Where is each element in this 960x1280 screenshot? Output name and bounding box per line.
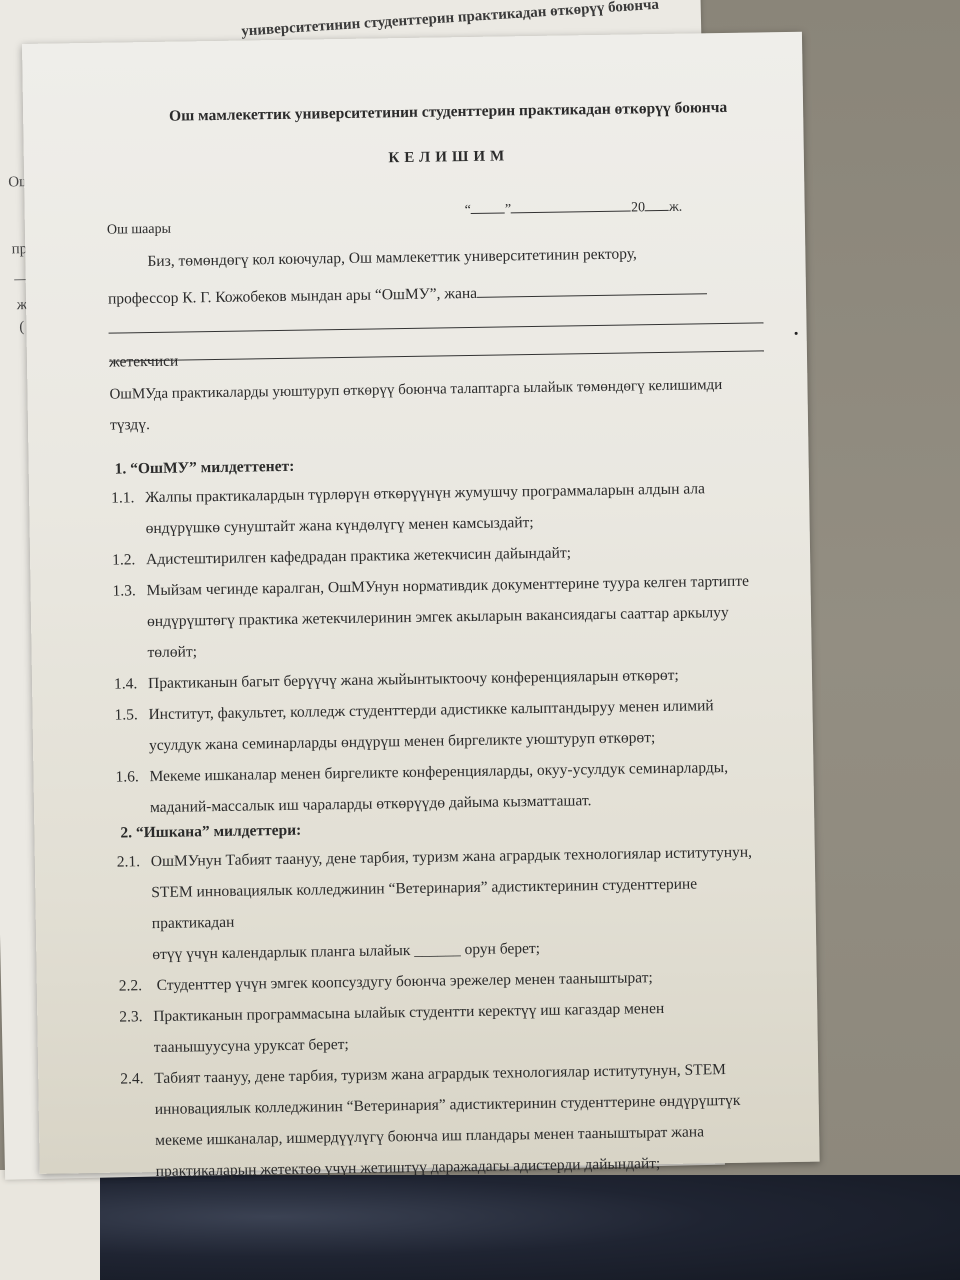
item-number: 1.6. [115, 761, 149, 793]
item-number: 1.2. [112, 544, 146, 576]
intro-line: Биз, төмөндөгү кол коючулар, Ош мамлекет… [107, 237, 762, 277]
list-item: 1.6.Мекеме ишканалар менен биргеликте ко… [115, 751, 776, 823]
month-blank [511, 196, 631, 213]
item-number: 2.1. [117, 846, 151, 878]
item-text: Табият таануу, дене тарбия, туризм жана … [154, 1061, 726, 1087]
city-label: Ош шаары [107, 222, 171, 239]
list-item: 1.3.Мыйзам чегинде каралган, ОшМУнун нор… [112, 565, 773, 668]
blank-line [109, 322, 764, 333]
company-blank [477, 279, 707, 298]
item-text: Практиканын багыт берүүчү жана жыйынтыкт… [148, 667, 679, 692]
document-heading: Ош мамлекеттик университетинин студентте… [138, 98, 758, 126]
item-number: 1.5. [114, 699, 148, 731]
section-heading: 1. “ОшМУ” милдеттенет: [115, 458, 295, 479]
item-text: Мекеме ишканалар менен биргеликте конфер… [149, 759, 728, 785]
year-blank [645, 196, 669, 211]
agreement-document: Ош мамлекеттик университетинин студентте… [22, 32, 820, 1174]
document-title: КЕЛИШИМ [139, 144, 759, 171]
list-item: 2.3.Практиканын программасына ылайык сту… [119, 991, 780, 1063]
year-suffix: ж. [669, 200, 682, 215]
back-fragment: ( [19, 319, 24, 336]
item-text: Адистештирилген кафедрадан практика жете… [146, 544, 571, 568]
item-text: Студенттер үчүн эмгек коопсуздугу боюнча… [153, 969, 653, 994]
section-heading: 2. “Ишкана” милдеттери: [120, 822, 301, 843]
item-text: ОшМУнун Табият таануу, дене тарбия, тури… [151, 844, 752, 870]
item-number: 1.1. [111, 482, 145, 514]
day-blank [471, 198, 505, 214]
item-number: 2.3. [119, 1001, 153, 1033]
dark-fabric [100, 1175, 960, 1280]
speck [795, 332, 798, 335]
item-text: Мыйзам чегинде каралган, ОшМУнун нормати… [146, 573, 749, 599]
table-surface [0, 1170, 100, 1280]
section-items: 1.1.Жалпы практикалардын түрлөрүн өткөрү… [111, 472, 776, 823]
intro-line: профессор К. Г. Кожобеков мындан ары “Ош… [108, 274, 763, 314]
intro-text: профессор К. Г. Кожобеков мындан ары “Ош… [108, 285, 477, 308]
intro-text: жетекчиси [109, 353, 178, 371]
list-item: 2.4.Табият таануу, дене тарбия, туризм ж… [120, 1053, 782, 1187]
list-item: 1.1.Жалпы практикалардын түрлөрүн өткөрү… [111, 472, 772, 544]
item-text: Жалпы практикалардын түрлөрүн өткөрүүнүн… [145, 480, 705, 506]
item-text: Практиканын программасына ылайык студент… [153, 1000, 664, 1025]
date-field: “”20ж. [464, 196, 682, 219]
item-number: 2.2. [119, 970, 153, 1002]
year-prefix: 20 [631, 200, 645, 215]
item-number: 1.3. [112, 575, 146, 607]
list-item: 2.1.ОшМУнун Табият таануу, дене тарбия, … [117, 836, 779, 970]
item-text: Институт, факультет, колледж студенттерд… [148, 697, 713, 723]
section-items: 2.1.ОшМУнун Табият таануу, дене тарбия, … [117, 836, 782, 1187]
list-item: 1.5.Институт, факультет, колледж студент… [114, 689, 775, 761]
item-continuation: STEM инновациялык колледжинин “Ветеринар… [117, 867, 778, 939]
item-number: 2.4. [120, 1063, 154, 1095]
item-number: 1.4. [114, 668, 148, 700]
